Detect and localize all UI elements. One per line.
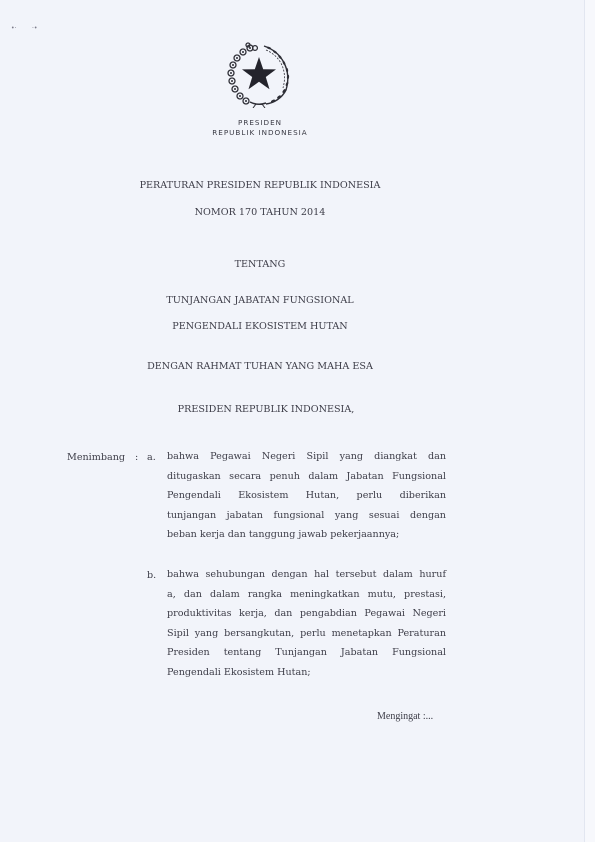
- issuer: PRESIDEN REPUBLIK INDONESIA,: [6, 404, 526, 415]
- considering-item-b: bahwa sehubungan dengan hal tersebut dal…: [167, 565, 446, 683]
- document-page: •· ·•: [0, 0, 585, 842]
- scan-mark: •·: [11, 26, 16, 32]
- item-b-line: Pengendali Ekosistem Hutan;: [167, 663, 446, 683]
- subject-line-2: PENGENDALI EKOSISTEM HUTAN: [0, 321, 520, 332]
- considering-item-a: bahwa Pegawai Negeri Sipil yang diangkat…: [167, 447, 446, 545]
- continuation-note: Mengingat :...: [377, 711, 433, 722]
- item-b-line: a, dan dalam rangka meningkatkan mutu, p…: [167, 585, 446, 605]
- considering-label: Menimbang: [67, 452, 125, 463]
- letterhead-presiden: PRESIDEN: [0, 118, 520, 127]
- item-b-line: Sipil yang bersangkutan, perlu menetapka…: [167, 624, 446, 644]
- garuda-star-emblem-icon: [226, 40, 294, 108]
- regulation-title: PERATURAN PRESIDEN REPUBLIK INDONESIA: [0, 180, 520, 191]
- item-a-line: beban kerja dan tanggung jawab pekerjaan…: [167, 525, 446, 545]
- item-b-line: bahwa sehubungan dengan hal tersebut dal…: [167, 565, 446, 585]
- item-b-line: produktivitas kerja, dan pengabdian Pega…: [167, 604, 446, 624]
- item-marker-b: b.: [147, 570, 156, 581]
- regulation-number: NOMOR 170 TAHUN 2014: [0, 207, 520, 218]
- scan-mark: ·•: [32, 26, 37, 32]
- item-a-line: ditugaskan secara penuh dalam Jabatan Fu…: [167, 467, 446, 487]
- item-a-line: Pengendali Ekosistem Hutan, perlu diberi…: [167, 486, 446, 506]
- item-a-line: tunjangan jabatan fungsional yang sesuai…: [167, 506, 446, 526]
- about-heading: TENTANG: [0, 259, 520, 270]
- item-marker-a: a.: [147, 452, 156, 463]
- invocation: DENGAN RAHMAT TUHAN YANG MAHA ESA: [0, 361, 520, 372]
- considering-separator: :: [135, 452, 138, 463]
- letterhead-republik-indonesia: REPUBLIK INDONESIA: [0, 128, 520, 137]
- item-a-line: bahwa Pegawai Negeri Sipil yang diangkat…: [167, 447, 446, 467]
- subject-line-1: TUNJANGAN JABATAN FUNGSIONAL: [0, 295, 520, 306]
- item-b-line: Presiden tentang Tunjangan Jabatan Fungs…: [167, 643, 446, 663]
